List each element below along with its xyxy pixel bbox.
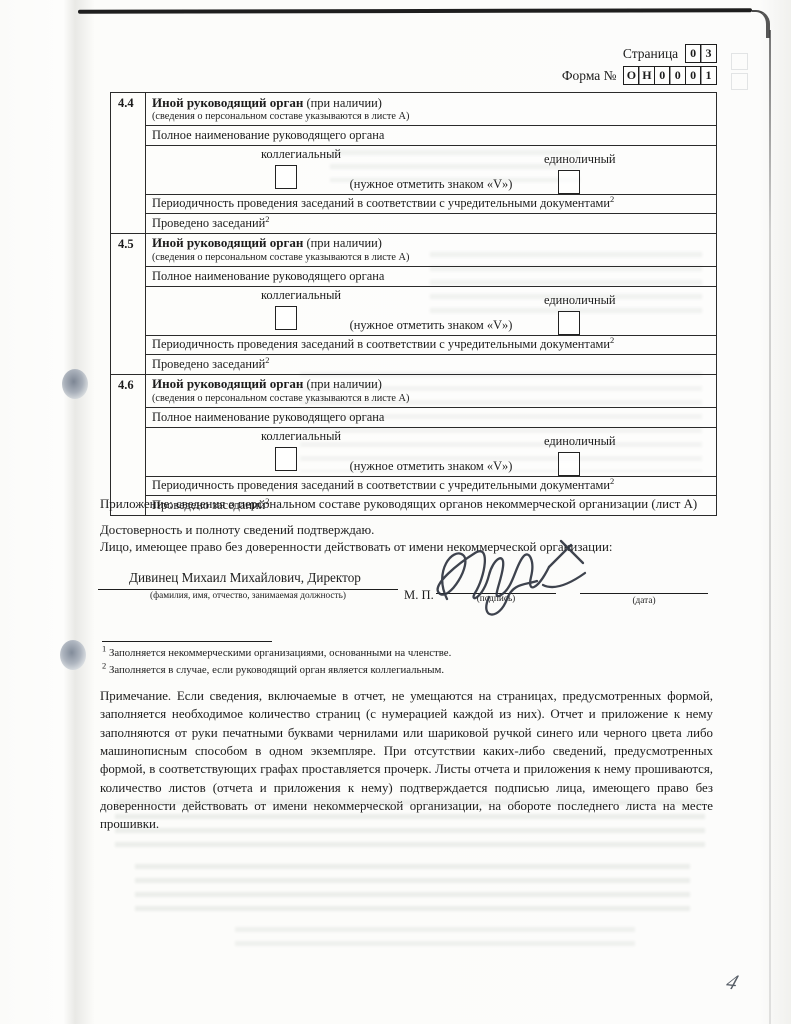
governing-body-table: 4.4 Иной руководящий орган (при наличии)… xyxy=(110,92,717,516)
binder-hole-bottom xyxy=(60,640,86,670)
scan-right-edge xyxy=(769,30,771,1024)
footnote-2: 2 Заполняется в случае, если руководящий… xyxy=(102,662,702,679)
handwritten-page-number: 4 xyxy=(723,970,742,996)
section-4-6: 4.6 Иной руководящий орган (при наличии)… xyxy=(111,375,716,515)
mark-note: (нужное отметить знаком «V») xyxy=(146,177,716,193)
page-number-box: 3 xyxy=(700,44,717,63)
form-code-label: Форма № xyxy=(562,68,617,84)
section-title-row: Иной руководящий орган (при наличии) (св… xyxy=(146,93,716,126)
section-title: Иной руководящий орган xyxy=(152,95,303,110)
signatory-name-line xyxy=(98,589,398,590)
date-caption: (дата) xyxy=(580,596,708,606)
collegial-label: коллегиальный xyxy=(261,147,341,163)
bleed-through-text xyxy=(135,864,690,916)
periodicity-row: Периодичность проведения заседаний в соо… xyxy=(146,195,716,215)
confirmation-line-2: Лицо, имеющее право без доверенности дей… xyxy=(100,540,713,555)
full-name-row: Полное наименование руководящего органа xyxy=(146,267,716,287)
footnote-separator xyxy=(102,641,272,642)
section-title-paren: (при наличии) xyxy=(303,236,381,250)
section-title-paren: (при наличии) xyxy=(303,96,381,110)
confirmation-line-1: Достоверность и полноту сведений подтвер… xyxy=(100,523,713,538)
attachment-line: Приложение: сведения о персональном сост… xyxy=(100,497,713,512)
mark-note: (нужное отметить знаком «V») xyxy=(146,318,716,334)
scan-corner-edge xyxy=(752,10,770,38)
section-4-4: 4.4 Иной руководящий орган (при наличии)… xyxy=(111,93,716,234)
form-code-boxes: О Н 0 0 0 1 xyxy=(625,66,717,85)
signatory-name: Дивинец Михаил Михайлович, Директор xyxy=(129,570,361,586)
section-title: Иной руководящий орган xyxy=(152,235,303,250)
section-4-5: 4.5 Иной руководящий орган (при наличии)… xyxy=(111,234,716,375)
footnote-1: 1 Заполняется некоммерческими организаци… xyxy=(102,645,702,662)
form-code-box: 1 xyxy=(700,66,717,85)
bleed-through-text xyxy=(235,927,635,953)
sole-label: единоличный xyxy=(544,434,616,450)
seal-place-label: М. П. xyxy=(404,588,434,603)
footnote-ref: 2 xyxy=(610,335,614,345)
note-paragraph: Примечание. Если сведения, включаемые в … xyxy=(100,687,713,834)
periodicity-row: Периодичность проведения заседаний в соо… xyxy=(146,477,716,497)
page-number-row: Страница 0 3 xyxy=(623,44,717,63)
periodicity-row: Периодичность проведения заседаний в соо… xyxy=(146,336,716,356)
date-line xyxy=(580,593,708,594)
form-code-row: Форма № О Н 0 0 0 1 xyxy=(562,66,717,85)
scan-top-edge xyxy=(78,8,752,13)
section-title-paren: (при наличии) xyxy=(303,377,381,391)
footnote-ref: 2 xyxy=(610,194,614,204)
binder-hole-top xyxy=(62,369,88,399)
bleed-through-box xyxy=(731,73,748,90)
section-title-row: Иной руководящий орган (при наличии) (св… xyxy=(146,375,716,408)
section-subtitle: (сведения о персональном составе указыва… xyxy=(152,111,710,124)
section-subtitle: (сведения о персональном составе указыва… xyxy=(152,252,710,265)
sole-label: единоличный xyxy=(544,293,616,309)
bleed-through-box xyxy=(731,53,748,70)
footnote-ref: 2 xyxy=(265,355,269,365)
page-number-label: Страница xyxy=(623,46,678,62)
section-subtitle: (сведения о персональном составе указыва… xyxy=(152,393,710,406)
section-title: Иной руководящий орган xyxy=(152,376,303,391)
body-type-row: коллегиальный единоличный (нужное отмети… xyxy=(146,146,716,195)
sole-label: единоличный xyxy=(544,152,616,168)
sessions-row: Проведено заседаний2 xyxy=(146,214,716,233)
full-name-row: Полное наименование руководящего органа xyxy=(146,408,716,428)
form-number-header: Страница 0 3 Форма № О Н 0 0 0 1 xyxy=(562,44,717,85)
collegial-label: коллегиальный xyxy=(261,429,341,445)
sessions-row: Проведено заседаний2 xyxy=(146,355,716,374)
signature-caption: (подпись) xyxy=(436,594,556,604)
body-type-row: коллегиальный единоличный (нужное отмети… xyxy=(146,287,716,336)
scanned-page: Страница 0 3 Форма № О Н 0 0 0 1 4.4 xyxy=(0,0,791,1024)
section-number: 4.5 xyxy=(111,234,146,374)
footnote-ref: 2 xyxy=(265,214,269,224)
collegial-label: коллегиальный xyxy=(261,288,341,304)
section-title-row: Иной руководящий орган (при наличии) (св… xyxy=(146,234,716,267)
body-type-row: коллегиальный единоличный (нужное отмети… xyxy=(146,428,716,477)
footnote-ref: 2 xyxy=(610,476,614,486)
mark-note: (нужное отметить знаком «V») xyxy=(146,459,716,475)
page-number-boxes: 0 3 xyxy=(686,44,717,63)
signatory-name-caption: (фамилия, имя, отчество, занимаемая долж… xyxy=(98,591,398,601)
full-name-row: Полное наименование руководящего органа xyxy=(146,126,716,146)
section-number: 4.4 xyxy=(111,93,146,233)
footnotes: 1 Заполняется некоммерческими организаци… xyxy=(102,645,702,678)
section-number: 4.6 xyxy=(111,375,146,515)
